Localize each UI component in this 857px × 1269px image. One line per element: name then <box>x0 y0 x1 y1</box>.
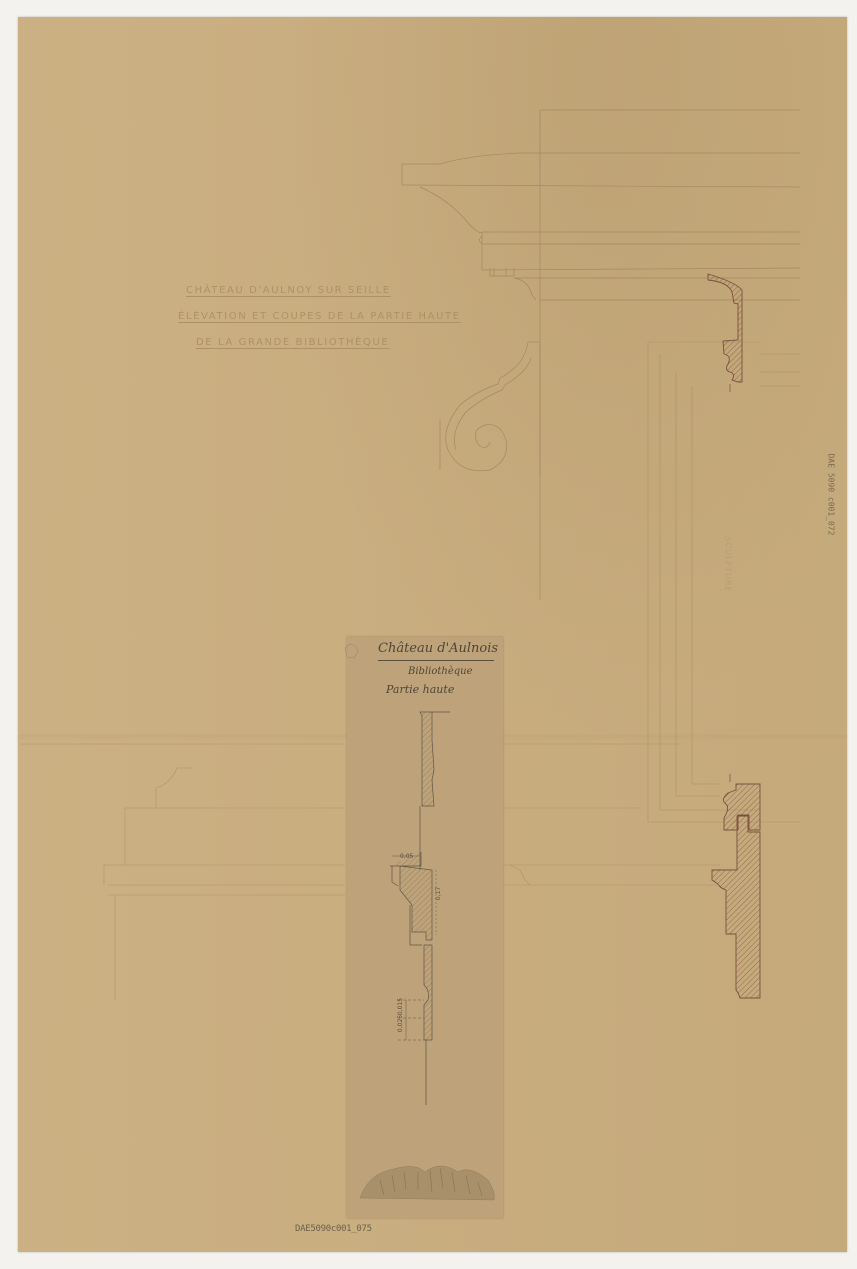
dimension-label: 0,015 <box>397 998 404 1015</box>
overlay-title-underline <box>378 660 494 661</box>
overlay-title: Château d'Aulnois <box>378 641 498 656</box>
overlay-subtitle-partie-haute: Partie haute <box>386 683 454 696</box>
bottom-reference-number: DAE5090c001_075 <box>295 1224 372 1234</box>
overlay-subtitle-bibliotheque: Bibliothèque <box>408 666 473 677</box>
dimension-label: 0,17 <box>435 887 442 900</box>
dimension-label: 0,025 <box>397 1015 404 1032</box>
dimension-label: 0,05 <box>400 853 413 860</box>
overlay-linework <box>0 0 857 1269</box>
